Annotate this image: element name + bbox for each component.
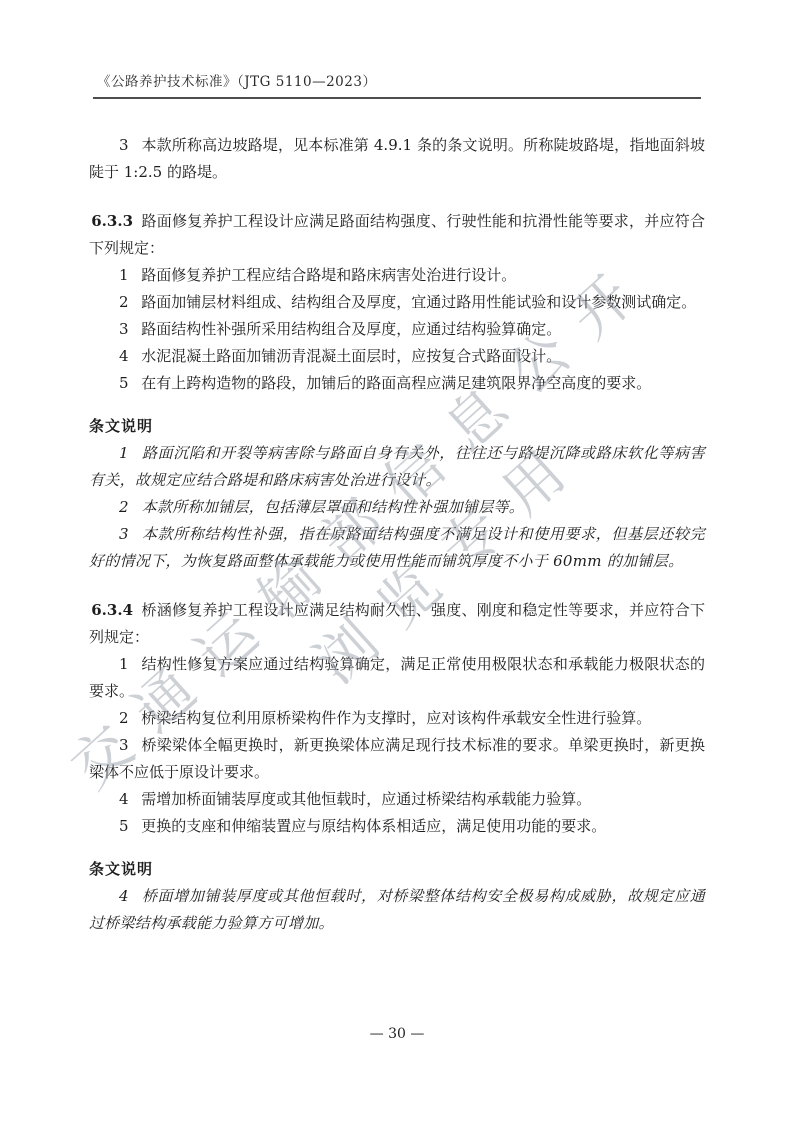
numbered-item: 3路面结构性补强所采用结构组合及厚度，应通过结构验算确定。 <box>89 316 705 343</box>
item-number: 3 <box>119 136 141 154</box>
commentary-item: 3本款所称结构性补强，指在原路面结构强度不满足设计和使用要求，但基层还较完好的情… <box>89 521 705 575</box>
document-body: 3本款所称高边坡路堤，见本标准第 4.9.1 条的条文说明。所称陡坡路堤，指地面… <box>89 132 705 937</box>
commentary-item: 1路面沉陷和开裂等病害除与路面自身有关外，往往还与路堤沉降或路床软化等病害有关，… <box>89 440 705 494</box>
item-number: 5 <box>119 374 141 392</box>
item-text: 桥梁结构复位利用原桥梁构件作为支撑时，应对该构件承载安全性进行验算。 <box>141 709 651 727</box>
clause-6-3-3: 6.3.3路面修复养护工程设计应满足路面结构强度、行驶性能和抗滑性能等要求，并应… <box>89 208 705 262</box>
commentary-heading: 条文说明 <box>89 856 705 883</box>
clause-6-3-4: 6.3.4桥涵修复养护工程设计应满足结构耐久性、强度、刚度和稳定性等要求，并应符… <box>89 597 705 651</box>
item-text: 桥面增加铺装厚度或其他恒载时，对桥梁整体结构安全极易构成威胁，故规定应通过桥梁结… <box>89 887 705 932</box>
item-text: 结构性修复方案应通过结构验算确定，满足正常使用极限状态和承载能力极限状态的要求。 <box>89 655 705 700</box>
clause-text: 桥涵修复养护工程设计应满足结构耐久性、强度、刚度和稳定性等要求，并应符合下列规定… <box>89 601 705 646</box>
item-number: 3 <box>119 525 142 543</box>
commentary-item: 2本款所称加铺层，包括薄层罩面和结构性补强加铺层等。 <box>89 494 705 521</box>
clause-number: 6.3.4 <box>91 601 141 619</box>
item-number: 1 <box>119 655 141 673</box>
item-number: 2 <box>119 293 141 311</box>
item-number: 1 <box>119 266 141 284</box>
item-number: 4 <box>119 347 141 365</box>
item-text: 桥梁梁体全幅更换时，新更换梁体应满足现行技术标准的要求。单梁更换时，新更换梁体不… <box>89 736 705 781</box>
item-number: 1 <box>119 444 142 462</box>
item-number: 2 <box>119 709 141 727</box>
item-text: 需增加桥面铺装厚度或其他恒载时，应通过桥梁结构承载能力验算。 <box>141 790 591 808</box>
item-number: 3 <box>119 736 141 754</box>
commentary-item: 4桥面增加铺装厚度或其他恒载时，对桥梁整体结构安全极易构成威胁，故规定应通过桥梁… <box>89 883 705 937</box>
item-text: 路面修复养护工程应结合路堤和路床病害处治进行设计。 <box>141 266 516 284</box>
item-number: 3 <box>119 320 141 338</box>
header-rule <box>93 97 701 99</box>
item-text: 路面加铺层材料组成、结构组合及厚度，宜通过路用性能试验和设计参数测试确定。 <box>141 293 696 311</box>
item-text: 更换的支座和伸缩装置应与原结构体系相适应，满足使用功能的要求。 <box>141 817 606 835</box>
item-text: 路面沉陷和开裂等病害除与路面自身有关外，往往还与路堤沉降或路床软化等病害有关，故… <box>89 444 705 489</box>
numbered-item: 3桥梁梁体全幅更换时，新更换梁体应满足现行技术标准的要求。单梁更换时，新更换梁体… <box>89 732 705 786</box>
item-text: 水泥混凝土路面加铺沥青混凝土面层时，应按复合式路面设计。 <box>141 347 561 365</box>
item-number: 4 <box>119 887 142 905</box>
item-number: 5 <box>119 817 141 835</box>
item-text: 在有上跨构造物的路段，加铺后的路面高程应满足建筑限界净空高度的要求。 <box>141 374 651 392</box>
item-text: 路面结构性补强所采用结构组合及厚度，应通过结构验算确定。 <box>141 320 561 338</box>
numbered-item: 2路面加铺层材料组成、结构组合及厚度，宜通过路用性能试验和设计参数测试确定。 <box>89 289 705 316</box>
commentary-heading: 条文说明 <box>89 413 705 440</box>
item-number: 4 <box>119 790 141 808</box>
item-text: 本款所称结构性补强，指在原路面结构强度不满足设计和使用要求，但基层还较完好的情况… <box>89 525 705 570</box>
numbered-item: 5更换的支座和伸缩装置应与原结构体系相适应，满足使用功能的要求。 <box>89 813 705 840</box>
clause-number: 6.3.3 <box>91 212 141 230</box>
numbered-item: 4水泥混凝土路面加铺沥青混凝土面层时，应按复合式路面设计。 <box>89 343 705 370</box>
item-number: 2 <box>119 498 142 516</box>
numbered-item: 1路面修复养护工程应结合路堤和路床病害处治进行设计。 <box>89 262 705 289</box>
numbered-item: 2桥梁结构复位利用原桥梁构件作为支撑时，应对该构件承载安全性进行验算。 <box>89 705 705 732</box>
page-footer: — 30 — <box>0 1026 794 1042</box>
item-text: 本款所称高边坡路堤，见本标准第 4.9.1 条的条文说明。所称陡坡路堤，指地面斜… <box>89 136 705 181</box>
item-text: 本款所称加铺层，包括薄层罩面和结构性补强加铺层等。 <box>142 498 525 516</box>
numbered-item: 5在有上跨构造物的路段，加铺后的路面高程应满足建筑限界净空高度的要求。 <box>89 370 705 397</box>
document-title: 《公路养护技术标准》（JTG 5110—2023） <box>93 70 701 97</box>
numbered-item: 4需增加桥面铺装厚度或其他恒载时，应通过桥梁结构承载能力验算。 <box>89 786 705 813</box>
page-header: 《公路养护技术标准》（JTG 5110—2023） <box>93 70 701 99</box>
numbered-item: 3本款所称高边坡路堤，见本标准第 4.9.1 条的条文说明。所称陡坡路堤，指地面… <box>89 132 705 186</box>
clause-text: 路面修复养护工程设计应满足路面结构强度、行驶性能和抗滑性能等要求，并应符合下列规… <box>89 212 705 257</box>
numbered-item: 1结构性修复方案应通过结构验算确定，满足正常使用极限状态和承载能力极限状态的要求… <box>89 651 705 705</box>
document-page: 《公路养护技术标准》（JTG 5110—2023） 交通运输部信息公开 浏览专用… <box>0 0 794 1122</box>
page-number: — 30 — <box>370 1026 425 1042</box>
